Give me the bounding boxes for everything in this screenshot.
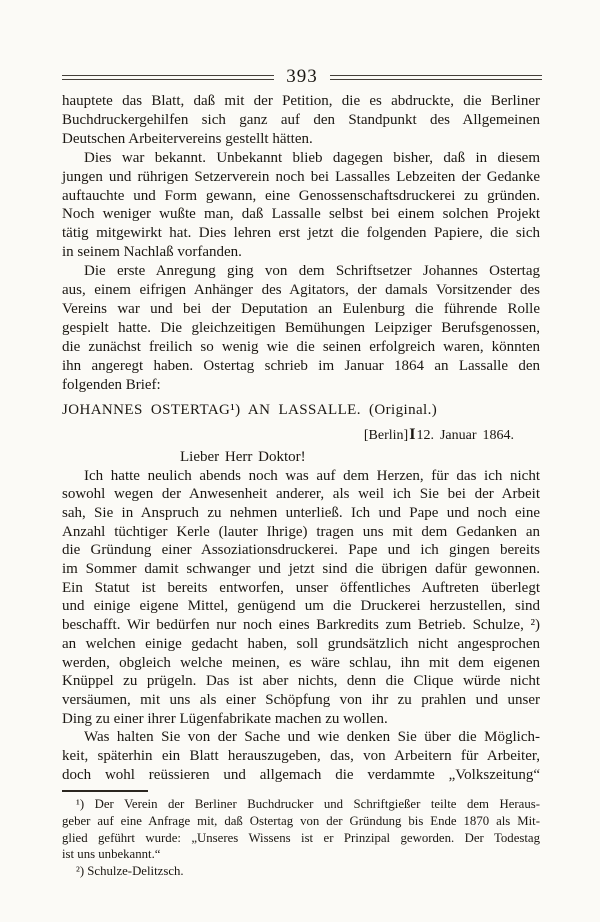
text-line: tätig mitgewirkt hat. Dies lehren erst j… [62,224,540,243]
text-line: in seinem Nachlaß vorfanden. [62,243,540,262]
text-line: Ein Statut ist bereits entworfen, unser … [62,579,540,598]
text-line: sowohl wegen der Anwesenheit anderer, al… [62,485,540,504]
text-line: die zunächst freilich so wenig wie die s… [62,338,540,357]
footnote-separator-rule [62,790,148,792]
paragraph: ²) Schulze-Delitzsch. [62,863,540,880]
text-line: Buchdruckergehilfen sich ganz auf den St… [62,111,540,130]
text-block: hauptete das Blatt, daß mit der Petition… [62,92,540,879]
text-line: im Sommer damit schwanger und jetzt sind… [62,560,540,579]
paragraph: Ich hatte neulich abends noch was auf de… [62,467,540,729]
header-rule-left [62,75,274,80]
page-header: 393 [62,68,542,87]
text-line: gespielt hatte. Die gleichzeitigen Bemüh… [62,319,540,338]
paragraph: hauptete das Blatt, daß mit der Petition… [62,92,540,149]
text-line: Dies war bekannt. Unbekannt blieb dagege… [62,149,540,168]
dateline-editorial-mark: I [409,426,415,443]
text-line: ihn angeregt haben. Ostertag schrieb im … [62,357,540,376]
text-line: Was halten Sie von der Sache und wie den… [62,728,540,747]
text-line: Ich hatte neulich abends noch was auf de… [62,467,540,486]
page-number: 393 [274,67,330,86]
footnotes: ¹) Der Verein der Berliner Buchdrucker u… [62,796,540,879]
text-line: ¹) Der Verein der Berliner Buchdrucker u… [62,796,540,813]
text-line: an welchen einige gedacht haben, soll gr… [62,635,540,654]
paragraph: Dies war bekannt. Unbekannt blieb dagege… [62,149,540,262]
book-page: 393 hauptete das Blatt, daß mit der Peti… [0,0,600,922]
text-line: aus, einem eifrigen Anhänger des Agitato… [62,281,540,300]
dateline-date: 12. Januar 1864. [416,428,514,443]
text-line: die Gründung einer Assoziationsdruckerei… [62,541,540,560]
text-line: hauptete das Blatt, daß mit der Petition… [62,92,540,111]
text-line: doch wohl reüssieren und allgemach die v… [62,766,540,785]
text-line: ²) Schulze-Delitzsch. [62,863,540,880]
letter-dateline: [Berlin]I12. Januar 1864. [62,426,540,445]
text-line: Deutschen Arbeitervereins gestellt hätte… [62,130,540,149]
letter-heading: JOHANNES OSTERTAG¹) AN LASSALLE. (Origin… [62,400,540,420]
text-line: versäumen, mit uns als einer Schöpfung v… [62,691,540,710]
text-line: geber auf eine Anfrage mit, daß Ostertag… [62,813,540,830]
text-line: folgenden Brief: [62,376,540,395]
text-line: Knüppel zu prügeln. Das ist aber nichts,… [62,672,540,691]
text-line: beschafft. Wir bedürfen nur noch eines B… [62,616,540,635]
text-line: jungen und rührigen Setzerverein noch be… [62,168,540,187]
letter-paragraphs: Ich hatte neulich abends noch was auf de… [62,467,540,785]
dateline-place: [Berlin] [364,428,408,443]
text-line: auftauchte und Form gewann, eine Genosse… [62,187,540,206]
text-line: Noch weniger wußte man, daß Lassalle sel… [62,205,540,224]
text-line: sah, Sie in Anspruch zu nehmen unterließ… [62,504,540,523]
text-line: Vereins war und bei der Deputation an Eu… [62,300,540,319]
text-line: Anzahl tüchtiger Kerle (lauter Ihrige) t… [62,523,540,542]
paragraph: ¹) Der Verein der Berliner Buchdrucker u… [62,796,540,862]
text-line: glied geführt wurde: „Unseres Wissens is… [62,830,540,847]
text-line: und einige eigene Mittel, genügend um di… [62,597,540,616]
text-line: ist uns unbekannt.“ [62,846,540,863]
paragraph: Die erste Anregung ging von dem Schrifts… [62,262,540,394]
body-paragraphs: hauptete das Blatt, daß mit der Petition… [62,92,540,395]
header-rule-right [330,75,542,80]
letter-salutation: Lieber Herr Doktor! [62,448,540,467]
text-line: keit, späterhin ein Blatt herauszugeben,… [62,747,540,766]
text-line: werden, obgleich welche meinen, es wäre … [62,654,540,673]
paragraph: Was halten Sie von der Sache und wie den… [62,728,540,784]
text-line: Die erste Anregung ging von dem Schrifts… [62,262,540,281]
text-line: Ding zu einer ihrer Lügenfabrikate mache… [62,710,540,729]
